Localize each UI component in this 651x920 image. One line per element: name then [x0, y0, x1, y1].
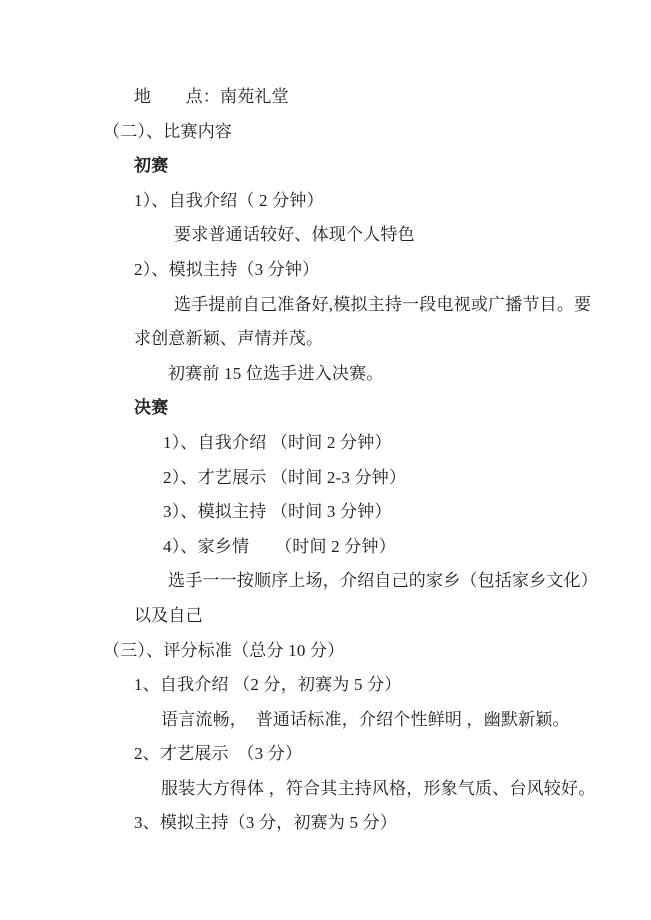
text-line: 决赛 — [0, 391, 651, 426]
document-page: 地 点：南苑礼堂（二）、比赛内容初赛1）、自我介绍（ 2 分钟）要求普通话较好、… — [0, 0, 651, 920]
text-line: 语言流畅， 普通话标准，介绍个性鲜明 ，幽默新颖。 — [0, 703, 651, 738]
text-line: 求创意新颖、声情并茂。 — [0, 322, 651, 357]
document-lines: 地 点：南苑礼堂（二）、比赛内容初赛1）、自我介绍（ 2 分钟）要求普通话较好、… — [0, 80, 651, 841]
text-line: 选手一一按顺序上场，介绍自己的家乡（包括家乡文化） — [0, 564, 651, 599]
text-line: 2）、才艺展示 （时间 2-3 分钟） — [0, 461, 651, 496]
text-line: 以及自己 — [0, 599, 651, 634]
text-line: （三）、评分标准（总分 10 分） — [0, 634, 651, 669]
text-line: 初赛前 15 位选手进入决赛。 — [0, 357, 651, 392]
text-line: 选手提前自己准备好,模拟主持一段电视或广播节目。要 — [0, 288, 651, 323]
text-line: 3）、模拟主持 （时间 3 分钟） — [0, 495, 651, 530]
text-line: 1、自我介绍 （2 分，初赛为 5 分） — [0, 668, 651, 703]
text-line: 2）、模拟主持（3 分钟） — [0, 253, 651, 288]
text-line: 4）、家乡情 （时间 2 分钟） — [0, 530, 651, 565]
text-line: 3、模拟主持（3 分，初赛为 5 分） — [0, 806, 651, 841]
text-line: 地 点：南苑礼堂 — [0, 80, 651, 115]
text-line: （二）、比赛内容 — [0, 115, 651, 150]
text-line: 1）、自我介绍 （时间 2 分钟） — [0, 426, 651, 461]
text-line: 2、才艺展示 （3 分） — [0, 737, 651, 772]
text-line: 初赛 — [0, 149, 651, 184]
text-line: 服装大方得体 ，符合其主持风格，形象气质、台风较好。 — [0, 772, 651, 807]
text-line: 要求普通话较好、体现个人特色 — [0, 218, 651, 253]
text-line: 1）、自我介绍（ 2 分钟） — [0, 184, 651, 219]
